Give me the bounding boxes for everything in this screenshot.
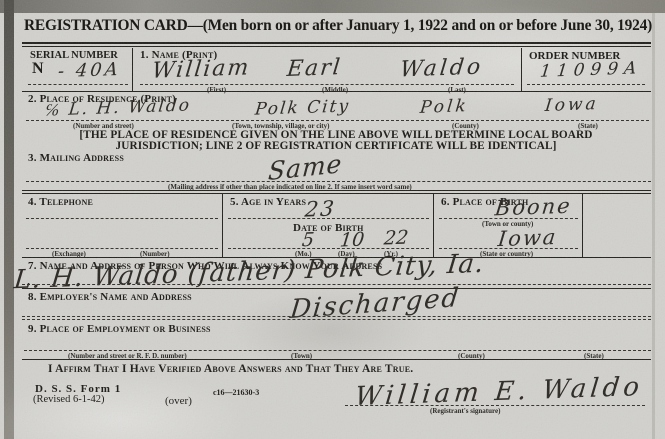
registration-card-scan: REGISTRATION CARD—(Men born on or after …	[0, 0, 665, 439]
title-rule-thin	[22, 46, 651, 47]
name-last-value: Waldo	[399, 54, 485, 82]
birth-town-value: Boone	[494, 194, 573, 221]
divider-serial-name	[132, 48, 133, 91]
contact-answer-line	[22, 284, 651, 285]
mailing-answer-line	[26, 181, 651, 182]
residence-town-value: Polk City	[254, 96, 351, 119]
serial-number-prefix: N	[32, 60, 44, 78]
card-title: REGISTRATION CARD—(Men born on or after …	[24, 17, 652, 35]
order-answer-line	[527, 84, 645, 85]
divider-telephone-age	[222, 193, 223, 257]
print-code: c16—21630-3	[213, 388, 259, 397]
affirmation-text: I Affirm That I Have Verified Above Answ…	[48, 363, 413, 375]
title-rule-thick	[22, 42, 651, 44]
contact-bottom-rule	[22, 288, 651, 289]
name-answer-line	[140, 84, 514, 85]
telephone-sub-number: (Number)	[140, 250, 170, 258]
residence-street-value: ℅ L. H. Waldo	[44, 95, 192, 120]
serial-answer-line	[28, 84, 128, 85]
divider-birth-margin	[582, 193, 583, 257]
signature-line	[345, 405, 645, 406]
scan-left-edge	[4, 0, 14, 439]
telephone-sub-exchange: (Exchange)	[52, 250, 86, 258]
form-revised: (Revised 6-1-42)	[33, 394, 104, 405]
employer-answer-line-2	[22, 319, 651, 320]
name-sub-last: (Last)	[448, 86, 466, 94]
name-sub-first: (First)	[207, 86, 226, 94]
employment-bottom-rule	[22, 359, 651, 360]
scan-right-edge	[652, 13, 655, 439]
employer-answer-line-1	[22, 316, 651, 317]
telephone-line-2	[26, 248, 218, 249]
signature-sub: (Registrant's signature)	[430, 407, 500, 415]
scan-top-edge	[0, 0, 665, 13]
employment-label: 9. Place of Employment or Business	[28, 323, 211, 335]
dob-year-value: 22	[383, 227, 409, 250]
employer-label: 8. Employer's Name and Address	[28, 291, 192, 303]
telephone-label: 4. Telephone	[28, 196, 93, 208]
age-label: 5. Age in Years	[230, 196, 306, 208]
form-over: (over)	[165, 395, 192, 407]
age-answer-line	[228, 218, 429, 219]
telephone-line-1	[26, 218, 218, 219]
name-sub-middle: (Middle)	[322, 86, 348, 94]
divider-age-birth	[433, 193, 434, 257]
mailing-label: 3. Mailing Address	[28, 152, 124, 164]
residence-county-value: Polk	[419, 96, 470, 118]
residence-state-value: Iowa	[544, 94, 600, 116]
employment-answer-line	[24, 350, 651, 351]
residence-answer-line	[26, 120, 649, 121]
divider-name-order	[521, 48, 522, 91]
serial-number-value: - 40A	[57, 59, 122, 82]
dob-answer-line	[228, 248, 429, 249]
order-number-value: 11099A	[539, 58, 643, 82]
name-first-value: William	[151, 55, 252, 84]
birth-state-sub: (State or country)	[480, 250, 533, 258]
name-middle-value: Earl	[286, 55, 343, 82]
mailing-bottom-rule-1	[22, 190, 651, 191]
birth-town-line	[439, 218, 578, 219]
